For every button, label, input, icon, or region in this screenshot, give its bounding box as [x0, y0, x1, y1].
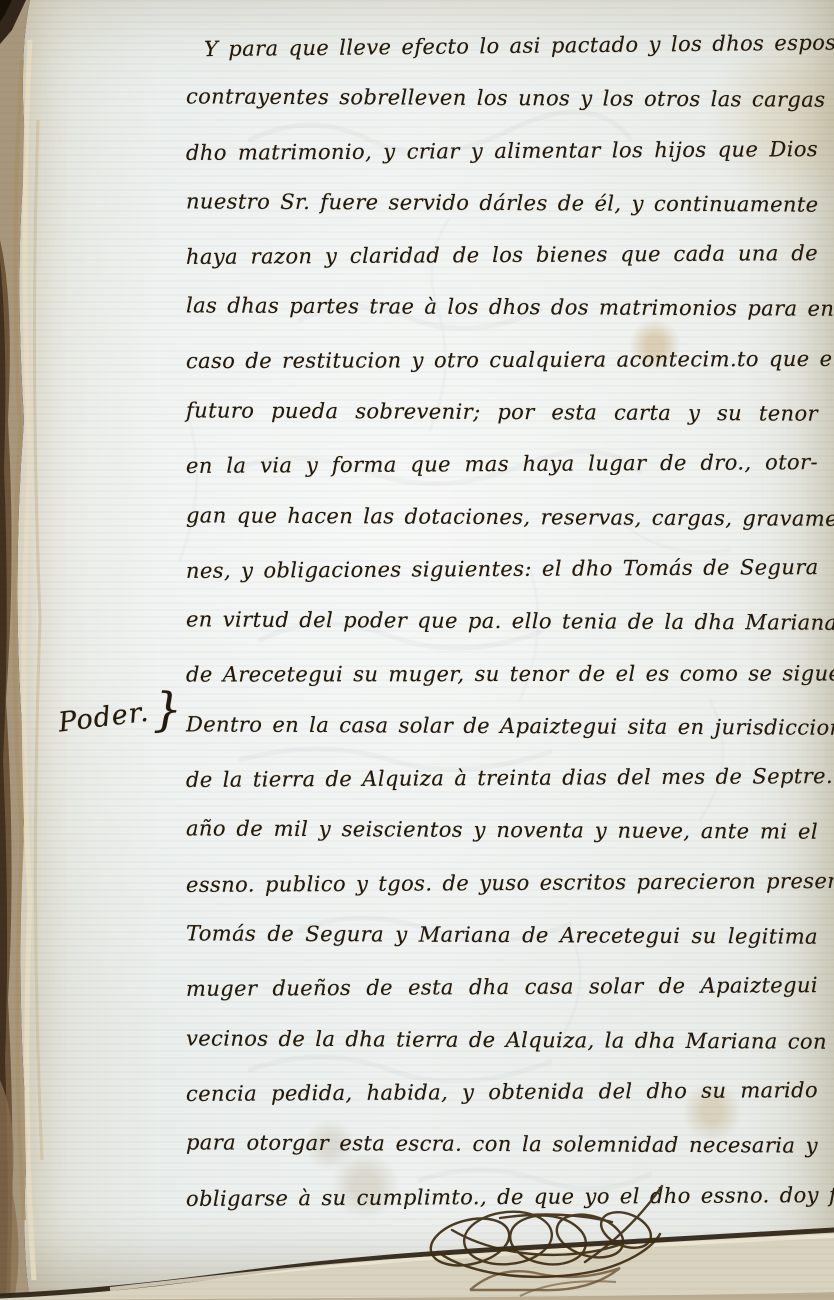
manuscript-text-block: Y para que lleve efecto lo asi pactado y… — [186, 20, 818, 1223]
manuscript-line: las dhas partes trae à los dhos dos matr… — [186, 280, 818, 336]
margin-note-label: Poder. — [57, 696, 151, 738]
manuscript-line: dho matrimonio, y criar y alimentar los … — [186, 123, 818, 179]
manuscript-line: vecinos de la dha tierra de Alquiza, la … — [186, 1012, 818, 1068]
margin-note-brace: } — [152, 682, 183, 737]
manuscript-line: nuestro Sr. fuere servido dárles de él, … — [186, 175, 818, 231]
manuscript-line: futuro pueda sobrevenir; por esta carta … — [186, 384, 818, 440]
manuscript-line: para otorgar esta escra. con la solemnid… — [186, 1117, 818, 1173]
margin-note-poder: Poder. } — [55, 681, 186, 750]
manuscript-line: en virtud del poder que pa. ello tenia d… — [186, 594, 818, 650]
book-binding-deckle-edge-icon — [0, 0, 42, 1300]
manuscript-line: contrayentes sobrelleven los unos y los … — [186, 71, 818, 127]
manuscript-line: gan que hacen las dotaciones, reservas, … — [186, 489, 818, 545]
manuscript-line: Tomás de Segura y Mariana de Arecetegui … — [186, 907, 818, 963]
manuscript-page: Poder. } Y para que lleve efecto lo asi … — [0, 0, 834, 1300]
manuscript-line: obligarse à su cumplimto., de que yo el … — [186, 1169, 818, 1225]
manuscript-line: haya razon y claridad de los bienes que … — [186, 227, 818, 283]
manuscript-line: nes, y obligaciones siguientes: el dho T… — [186, 541, 818, 597]
torn-paper-edge-icon — [0, 1230, 834, 1300]
manuscript-line: año de mil y seiscientos y noventa y nue… — [186, 803, 818, 859]
manuscript-line: muger dueños de esta dha casa solar de A… — [186, 959, 818, 1015]
manuscript-line: de Arecetegui su muger, su tenor de el e… — [186, 647, 818, 700]
manuscript-line: en la via y forma que mas haya lugar de … — [186, 436, 818, 492]
manuscript-line: essno. publico y tgos. de yuso escritos … — [186, 855, 818, 911]
manuscript-line: Y para que lleve efecto lo asi pactado y… — [186, 17, 819, 76]
manuscript-line: caso de restitucion y otro cualquiera ac… — [186, 333, 818, 388]
manuscript-line: Dentro en la casa solar de Apaiztegui si… — [186, 698, 818, 754]
manuscript-line: cencia pedida, habida, y obtenida del dh… — [186, 1064, 818, 1120]
manuscript-line: de la tierra de Alquiza à treinta dias d… — [186, 750, 818, 806]
